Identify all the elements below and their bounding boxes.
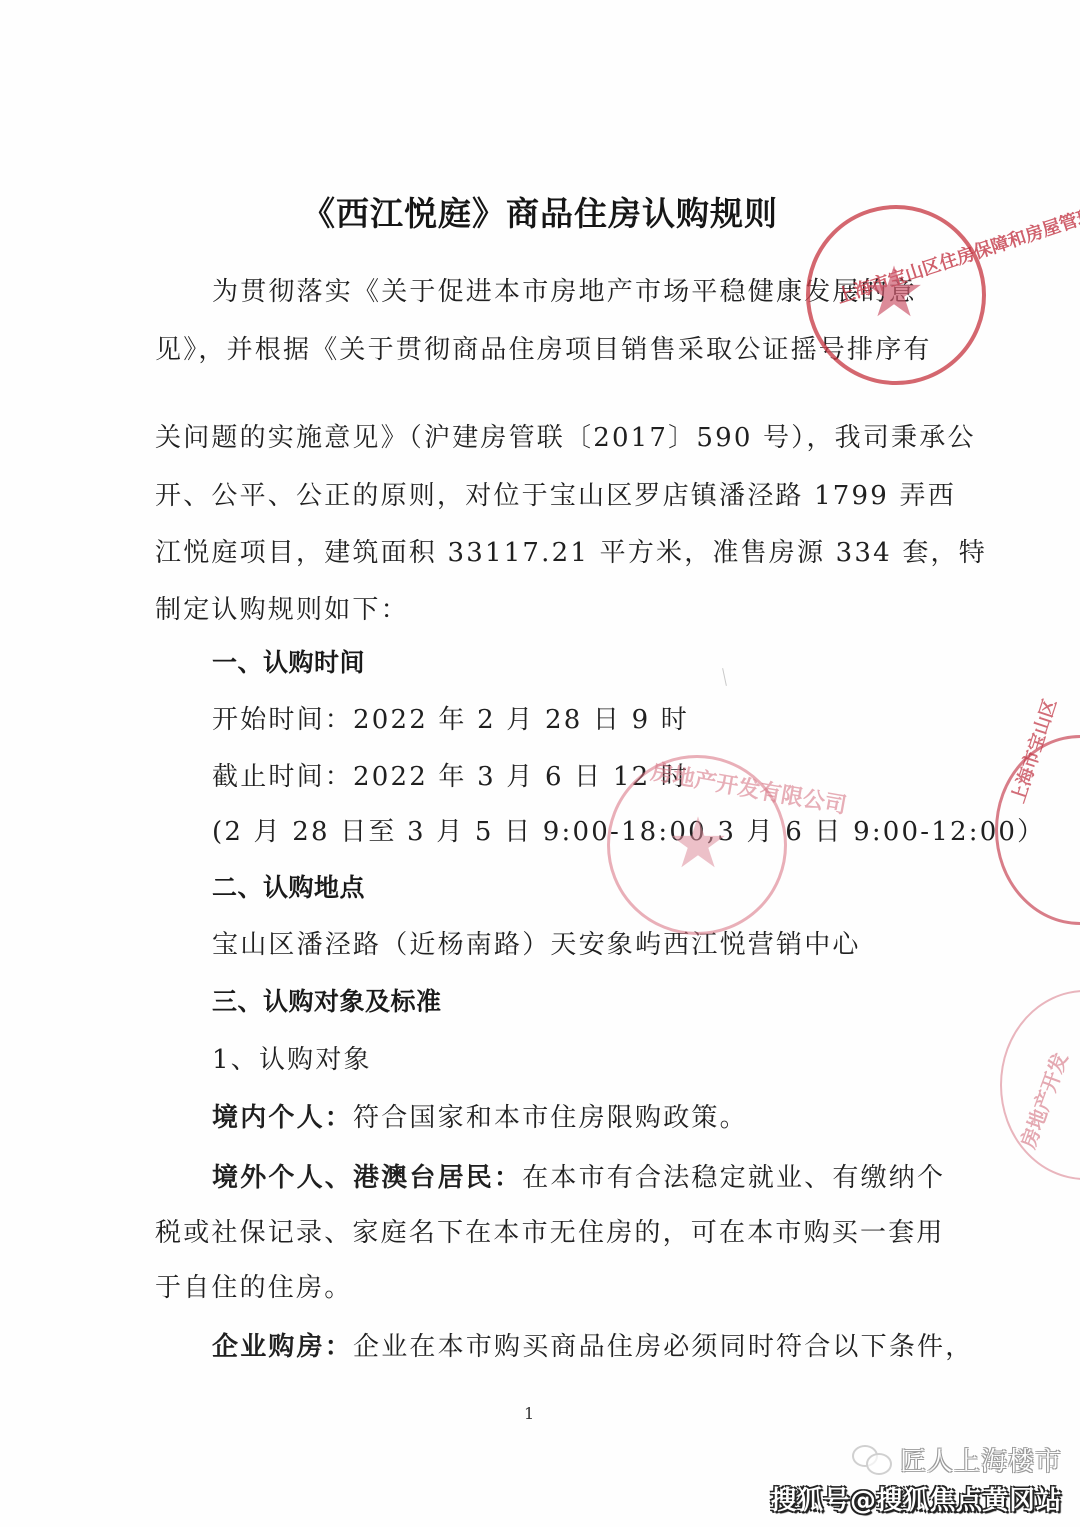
subscription-hours-note: (2 月 28 日至 3 月 5 日 9:00-18:00,3 月 6 日 9:… (212, 812, 1045, 852)
subscription-start-time: 开始时间：2022 年 2 月 28 日 9 时 (212, 700, 689, 740)
subscription-end-time: 截止时间：2022 年 3 月 6 日 12 时 (212, 757, 689, 797)
page-number: 1 (524, 1404, 534, 1423)
watermark: 匠人上海楼市 搜狐号@搜狐焦点黄冈站 (770, 1441, 1062, 1517)
section-2-heading: 二、认购地点 (212, 868, 365, 908)
intro-line-2: 见》，并根据《关于贯彻商品住房项目销售采取公证摇号排序有 (155, 330, 932, 370)
wechat-account-watermark: 匠人上海楼市 (770, 1441, 1062, 1478)
subsection-1-heading: 1、认购对象 (212, 1040, 372, 1080)
subscription-location: 宝山区潘泾路（近杨南路）天安象屿西江悦营销中心 (212, 925, 861, 965)
intro-line-1: 为贯彻落实《关于促进本市房地产市场平稳健康发展的意 (212, 272, 917, 312)
wechat-account-name: 匠人上海楼市 (900, 1441, 1062, 1478)
document-page: 《西江悦庭》商品住房认购规则 为贯彻落实《关于促进本市房地产市场平稳健康发展的意… (0, 0, 1080, 1527)
section-3-heading: 三、认购对象及标准 (212, 982, 442, 1022)
seal-text: 房地产开发 (1012, 1048, 1073, 1152)
domestic-label: 境内个人： (212, 1103, 353, 1133)
intro-line-3: 关问题的实施意见》（沪建房管联〔2017〕590 号），我司秉承公 (155, 418, 976, 458)
enterprise-rule: 企业购房：企业在本市购买商品住房必须同时符合以下条件， (212, 1327, 973, 1367)
intro-line-5: 江悦庭项目，建筑面积 33117.21 平方米，准售房源 334 套，特 (155, 533, 987, 573)
enterprise-label: 企业购房： (212, 1332, 353, 1362)
overseas-text-1: 在本市有合法稳定就业、有缴纳个 (522, 1163, 945, 1193)
overseas-text-3: 于自住的住房。 (155, 1268, 352, 1308)
intro-line-6: 制定认购规则如下： (155, 590, 409, 630)
enterprise-text: 企业在本市购买商品住房必须同时符合以下条件， (353, 1332, 973, 1362)
seal-text: 上海市宝山区 (1004, 695, 1062, 806)
intro-line-4: 开、公平、公正的原则，对位于宝山区罗店镇潘泾路 1799 弄西 (155, 476, 956, 516)
sohu-source-watermark: 搜狐号@搜狐焦点黄冈站 (770, 1480, 1062, 1517)
edge-seal-lower: 房地产开发 (1000, 990, 1080, 1180)
overseas-text-2: 税或社保记录、家庭名下在本市无住房的，可在本市购买一套用 (155, 1213, 945, 1253)
wechat-icon (852, 1445, 892, 1475)
document-title: 《西江悦庭》商品住房认购规则 (0, 188, 1080, 235)
domestic-individual-rule: 境内个人：符合国家和本市住房限购政策。 (212, 1098, 748, 1138)
overseas-individual-rule: 境外个人、港澳台居民：在本市有合法稳定就业、有缴纳个 (212, 1158, 945, 1198)
section-1-heading: 一、认购时间 (212, 643, 365, 683)
domestic-text: 符合国家和本市住房限购政策。 (353, 1103, 748, 1133)
scan-mark (722, 668, 727, 686)
overseas-label: 境外个人、港澳台居民： (212, 1163, 522, 1193)
